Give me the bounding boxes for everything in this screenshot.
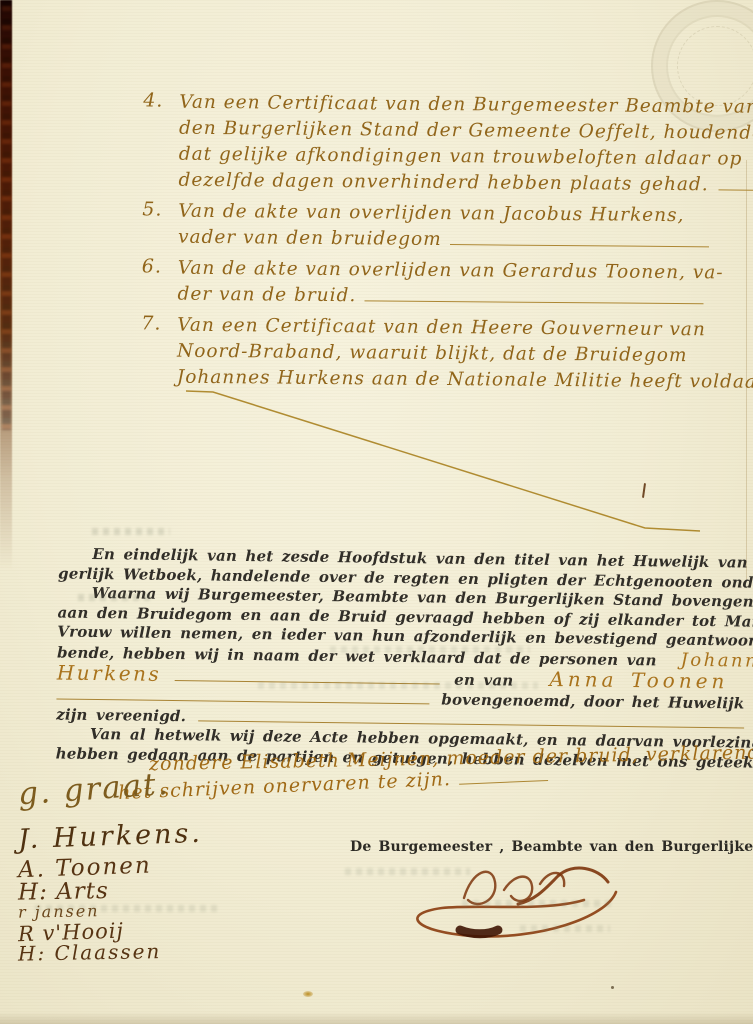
ruled-line	[719, 173, 753, 191]
printed-body: En eindelijk van het zesde Hoofdstuk van…	[56, 545, 747, 774]
groom-last-name: Hurkens	[57, 663, 162, 684]
witness-signatures: g. graat. J. Hurkens. A. Toonen H: Arts …	[18, 772, 203, 963]
enclosure-item-6: 6. Van de akte van overlijden van Gerard…	[141, 255, 743, 312]
page-bottom-shadow	[0, 1012, 753, 1024]
witness-signature: J. Hurkens.	[18, 819, 204, 854]
printed-text: en van	[454, 670, 513, 690]
ruled-line	[175, 666, 440, 684]
witness-signature: H: Arts	[18, 877, 203, 904]
handwritten-text: vader van den bruidegom	[178, 225, 442, 253]
printed-text: zijn vereenigd.	[56, 705, 186, 726]
binding-edge-speckle	[2, 0, 11, 430]
handwritten-line: vader van den bruidegom	[178, 225, 744, 256]
spacer	[513, 671, 549, 686]
officer-signature	[368, 850, 638, 945]
item-number: 5.	[142, 198, 178, 250]
ink-spot	[303, 991, 313, 997]
bride-name: Anna Toonen	[549, 670, 728, 692]
document-page: 4. Van een Certificaat van den Burgemees…	[0, 0, 753, 1024]
handwritten-line: Johannes Hurkens aan de Nationale Militi…	[177, 365, 753, 396]
bleedthrough-smudge	[92, 528, 170, 535]
ruled-line	[364, 284, 703, 305]
ink-mark	[642, 483, 646, 498]
item-number: 4.	[142, 89, 179, 193]
ink-spot	[611, 986, 614, 989]
enclosure-item-4: 4. Van een Certificaat van den Burgemees…	[142, 89, 745, 198]
handwritten-text: dezelfde dagen onverhinderd hebben plaat…	[178, 168, 708, 199]
ruled-line	[458, 763, 548, 785]
witness-signature: g. graat.	[17, 766, 204, 811]
ruled-line	[450, 227, 709, 247]
enclosure-item-5: 5. Van de akte van overlijden van Jacobu…	[142, 198, 744, 255]
handwritten-text: der van de bruid.	[177, 282, 356, 310]
witness-signature: H: Claassen	[18, 940, 203, 964]
handwritten-line: der van de bruid.	[177, 282, 743, 313]
enclosure-item-7: 7. Van een Certificaat van den Heere Gou…	[141, 312, 744, 395]
item-number: 6.	[141, 255, 177, 307]
handwritten-line: dezelfde dagen onverhinderd hebben plaat…	[178, 168, 753, 199]
item-number: 7.	[141, 312, 178, 390]
enclosures-list: 4. Van een Certificaat van den Burgemees…	[141, 89, 746, 400]
